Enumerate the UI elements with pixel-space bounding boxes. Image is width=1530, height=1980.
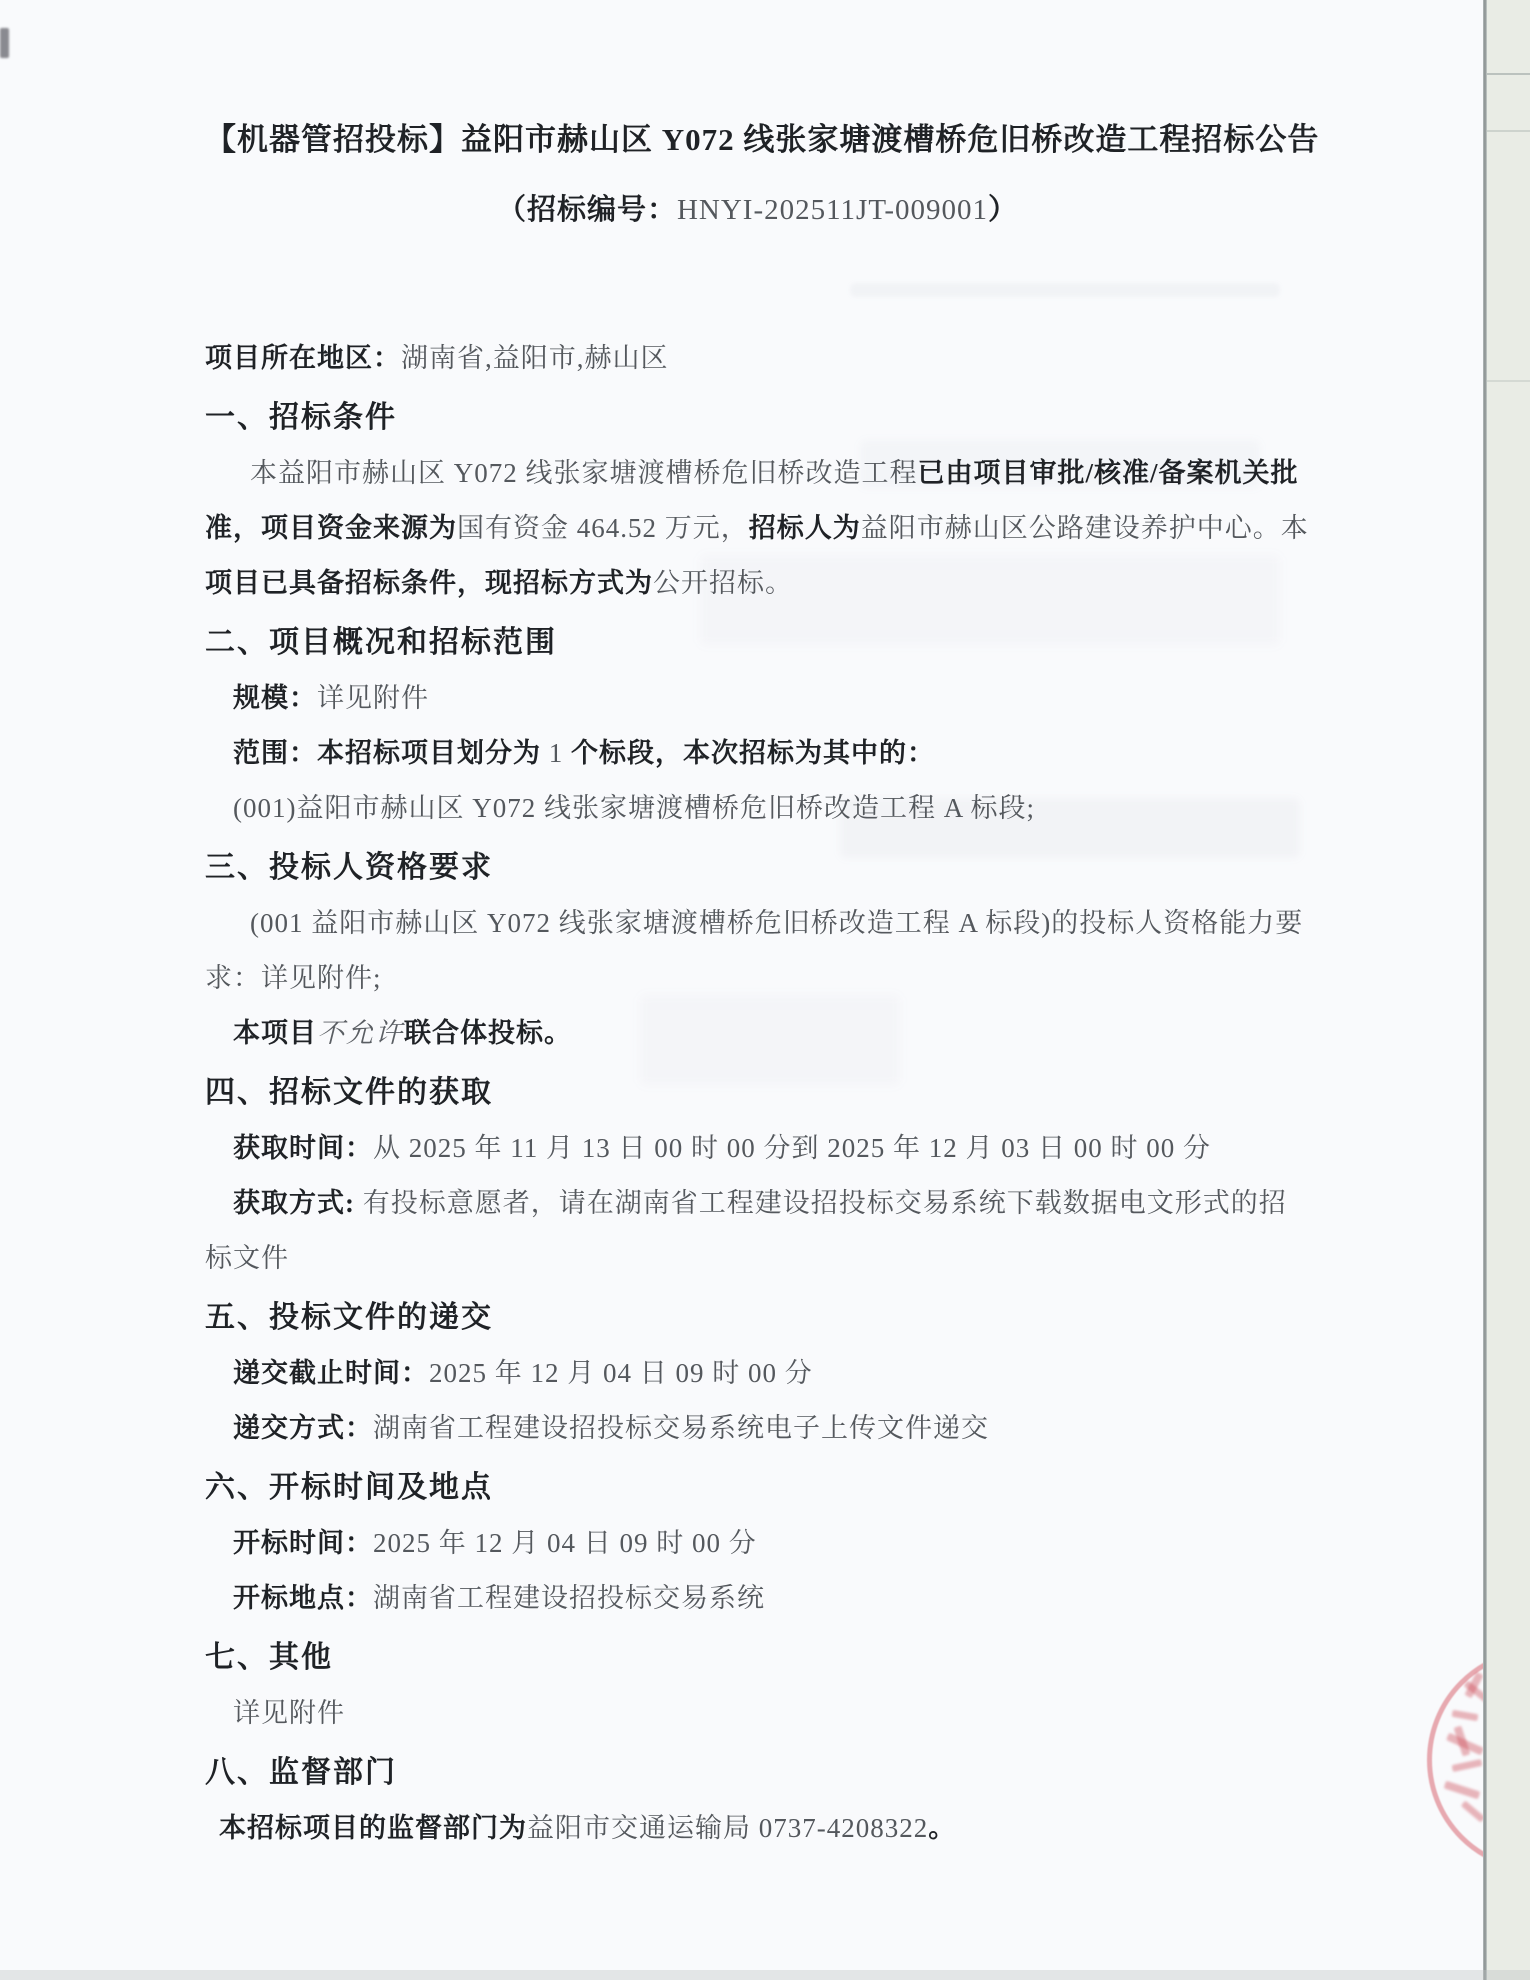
section-1-para-line-3-segment: 项目已具备招标条件，现招标方式为 — [205, 568, 653, 598]
section-item-001-segment: (001)益阳市赫山区 Y072 线张家塘渡槽桥危旧桥改造工程 A 标段; — [233, 793, 1035, 823]
section-8-heading-segment: 八、监督部门 — [205, 1756, 397, 1789]
section-1-para-line-2-segment: 招标人为 — [749, 513, 861, 543]
other-line: 详见附件 — [233, 1691, 1310, 1735]
supervision-line: 本招标项目的监督部门为益阳市交通运输局 0737-4208322。 — [205, 1806, 1310, 1850]
obtain-method-line: 获取方式: 有投标意愿者，请在湖南省工程建设招投标交易系统下载数据电文形式的招 — [233, 1181, 1310, 1225]
section-3-para-line-2: 求：详见附件; — [205, 956, 1310, 1000]
submit-method-line-segment: 湖南省工程建设招投标交易系统电子上传文件递交 — [373, 1413, 989, 1443]
section-1-para-line-3-segment: 公开招标。 — [653, 568, 793, 598]
submit-deadline-line: 递交截止时间：2025 年 12 月 04 日 09 时 00 分 — [233, 1351, 1310, 1395]
red-seal-glyph-mark — [1463, 1680, 1483, 1706]
open-place-line-segment: 开标地点： — [233, 1583, 373, 1613]
open-place-line-segment: 湖南省工程建设招投标交易系统 — [373, 1583, 765, 1613]
project-location-segment: 项目所在地区： — [205, 343, 401, 373]
scope-line-segment: 范围：本招标项目划分为 — [233, 738, 549, 768]
section-2-heading-segment: 二、项目概况和招标范围 — [205, 626, 557, 659]
tender-number-segment: （招标编号： — [497, 194, 677, 226]
supervision-line-segment: 益阳市交通运输局 0737-4208322 — [527, 1813, 928, 1843]
scan-artifact — [0, 1970, 1530, 1980]
doc-title-segment: 【机器管招投标】益阳市赫山区 Y072 线张家塘渡槽桥危旧桥改造工程招标公告 — [205, 122, 1319, 157]
supervision-line-segment: 。 — [928, 1813, 956, 1843]
section-1-para-line-2: 准，项目资金来源为国有资金 464.52 万元，招标人为益阳市赫山区公路建设养护… — [205, 506, 1310, 550]
page-edge-line — [1483, 0, 1487, 1980]
document-body: 【机器管招投标】益阳市赫山区 Y072 线张家塘渡槽桥危旧桥改造工程招标公告（招… — [205, 0, 1310, 1850]
joint-venture-line: 本项目不允许联合体投标。 — [233, 1011, 1310, 1055]
section-5-heading-segment: 五、投标文件的递交 — [205, 1301, 493, 1334]
scan-artifact — [1487, 380, 1530, 382]
section-2-heading: 二、项目概况和招标范围 — [205, 621, 1310, 665]
section-3-heading: 三、投标人资格要求 — [205, 846, 1310, 890]
obtain-time-line-segment: 获取时间： — [233, 1133, 373, 1163]
section-3-para-line-2-segment: 求：详见附件; — [205, 963, 382, 993]
section-4-heading-segment: 四、招标文件的获取 — [205, 1076, 493, 1109]
red-seal-glyph-mark — [1452, 1759, 1483, 1772]
section-7-heading: 七、其他 — [205, 1636, 1310, 1680]
red-seal-glyph-mark — [1446, 1733, 1483, 1756]
red-seal-glyph-mark — [1454, 1725, 1471, 1756]
section-8-heading: 八、监督部门 — [205, 1751, 1310, 1795]
submit-method-line: 递交方式：湖南省工程建设招投标交易系统电子上传文件递交 — [233, 1406, 1310, 1450]
scope-line-segment: 个标段，本次招标为其中的： — [563, 738, 935, 768]
section-1-heading: 一、招标条件 — [205, 396, 1310, 440]
tender-number-segment: ） — [988, 194, 1018, 226]
section-3-para-line-1-segment: (001 益阳市赫山区 Y072 线张家塘渡槽桥危旧桥改造工程 A 标段)的投标… — [250, 908, 1303, 938]
obtain-method-line-segment: 有投标意愿者，请在湖南省工程建设招投标交易系统下载数据电文形式的招 — [363, 1188, 1287, 1218]
joint-venture-line-segment: 联合体投标。 — [404, 1018, 572, 1048]
red-seal-glyph-mark — [1464, 1672, 1483, 1699]
scan-artifact — [1487, 130, 1530, 132]
section-1-heading-segment: 一、招标条件 — [205, 401, 397, 434]
section-5-heading: 五、投标文件的递交 — [205, 1296, 1310, 1340]
scan-artifact — [0, 28, 9, 58]
section-item-001: (001)益阳市赫山区 Y072 线张家塘渡槽桥危旧桥改造工程 A 标段; — [233, 786, 1310, 830]
submit-deadline-line-segment: 2025 年 12 月 04 日 09 时 00 分 — [429, 1358, 813, 1388]
tender-number-segment: HNYI-202511JT-009001 — [677, 194, 988, 226]
scale-line: 规模：详见附件 — [233, 676, 1310, 720]
section-4-heading: 四、招标文件的获取 — [205, 1071, 1310, 1115]
other-line-segment: 详见附件 — [233, 1698, 345, 1728]
joint-venture-line-segment: 本项目 — [233, 1018, 317, 1048]
scanned-tender-announcement-page: 【机器管招投标】益阳市赫山区 Y072 线张家塘渡槽桥危旧桥改造工程招标公告（招… — [0, 0, 1530, 1980]
submit-deadline-line-segment: 递交截止时间： — [233, 1358, 429, 1388]
obtain-method-line-segment: 获取方式: — [233, 1188, 363, 1218]
open-place-line: 开标地点：湖南省工程建设招投标交易系统 — [233, 1576, 1310, 1620]
obtain-time-line: 获取时间：从 2025 年 11 月 13 日 00 时 00 分到 2025 … — [233, 1126, 1310, 1170]
project-location: 项目所在地区：湖南省,益阳市,赫山区 — [205, 336, 1310, 380]
obtain-method-line-2-segment: 标文件 — [205, 1243, 289, 1273]
joint-venture-line-segment: 不允许 — [317, 1018, 404, 1048]
scanner-edge-strip — [1486, 0, 1530, 1980]
supervision-line-segment: 本招标项目的监督部门为 — [219, 1813, 527, 1843]
obtain-method-line-2: 标文件 — [205, 1236, 1310, 1280]
red-seal-glyph-mark — [1452, 1710, 1479, 1721]
open-time-line: 开标时间：2025 年 12 月 04 日 09 时 00 分 — [233, 1521, 1310, 1565]
red-seal-icon — [1427, 1648, 1483, 1872]
section-1-para-line-1-segment: 本益阳市赫山区 Y072 线张家塘渡槽桥危旧桥改造工程 — [250, 458, 918, 488]
section-6-heading-segment: 六、开标时间及地点 — [205, 1471, 493, 1504]
section-1-para-line-1: 本益阳市赫山区 Y072 线张家塘渡槽桥危旧桥改造工程已由项目审批/核准/备案机… — [205, 451, 1310, 495]
open-time-line-segment: 开标时间： — [233, 1528, 373, 1558]
tender-number: （招标编号：HNYI-202511JT-009001） — [205, 188, 1310, 232]
open-time-line-segment: 2025 年 12 月 04 日 09 时 00 分 — [373, 1528, 757, 1558]
section-3-para-line-1: (001 益阳市赫山区 Y072 线张家塘渡槽桥危旧桥改造工程 A 标段)的投标… — [205, 901, 1310, 945]
scope-line-segment: 1 — [549, 738, 564, 768]
section-1-para-line-2-segment: 准，项目资金来源为 — [205, 513, 457, 543]
section-1-para-line-1-segment: 已由项目审批/核准/备案机关批 — [918, 458, 1299, 488]
obtain-time-line-segment: 从 2025 年 11 月 13 日 00 时 00 分到 2025 年 12 … — [373, 1133, 1211, 1163]
submit-method-line-segment: 递交方式： — [233, 1413, 373, 1443]
project-location-segment: 湖南省,益阳市,赫山区 — [401, 343, 669, 373]
section-7-heading-segment: 七、其他 — [205, 1641, 333, 1674]
section-3-heading-segment: 三、投标人资格要求 — [205, 851, 493, 884]
scale-line-segment: 规模： — [233, 683, 317, 713]
section-1-para-line-2-segment: 国有资金 464.52 万元， — [457, 513, 749, 543]
red-seal-glyph-mark — [1444, 1781, 1481, 1800]
section-6-heading: 六、开标时间及地点 — [205, 1466, 1310, 1510]
red-seal-glyph-mark — [1461, 1800, 1483, 1822]
scan-artifact — [1487, 73, 1530, 75]
section-1-para-line-3: 项目已具备招标条件，现招标方式为公开招标。 — [205, 561, 1310, 605]
doc-title: 【机器管招投标】益阳市赫山区 Y072 线张家塘渡槽桥危旧桥改造工程招标公告 — [205, 118, 1310, 162]
scale-line-segment: 详见附件 — [317, 683, 429, 713]
section-1-para-line-2-segment: 益阳市赫山区公路建设养护中心。本 — [861, 513, 1309, 543]
scope-line: 范围：本招标项目划分为 1 个标段，本次招标为其中的： — [233, 731, 1310, 775]
